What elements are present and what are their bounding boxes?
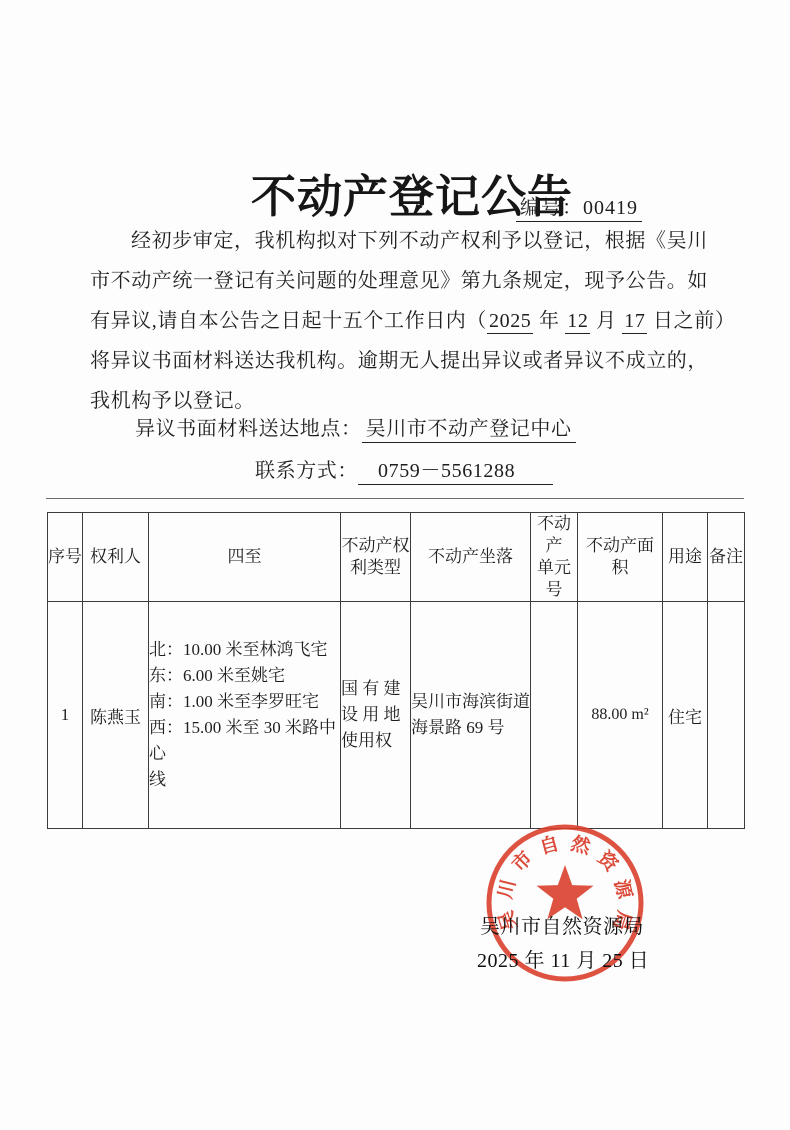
cell-right-type: 国 有 建 设 用 地 使用权 [341, 602, 411, 829]
header-location: 不动产坐落 [411, 513, 531, 602]
delivery-address-line: 异议书面材料送达地点：吴川市不动产登记中心 [135, 414, 576, 444]
doc-number-underline: 编号：00419 [516, 197, 642, 222]
header-unit-no: 不动产 单元号 [531, 513, 578, 602]
page-title: 不动产登记公告 [17, 160, 790, 225]
notice-text: 我机构予以登记。 [90, 390, 255, 412]
cell-area: 88.00 m² [578, 602, 663, 829]
cell-location: 吴川市海滨街道 海景路 69 号 [411, 602, 531, 829]
notice-line: 有异议,请自本公告之日起十五个工作日内（2025 年 12 月 17 日之前） [90, 301, 702, 341]
delivery-address-value: 吴川市不动产登记中心 [362, 418, 576, 443]
notice-line: 将异议书面材料送达我机构。逾期无人提出异议或者异议不成立的， [90, 341, 702, 381]
notice-text: 市不动产统一登记有关问题的处理意见》第九条规定，现予公告。如 [90, 270, 708, 292]
header-boundaries: 四至 [149, 513, 341, 602]
issue-date: 2025 年 11 月 25 日 [477, 944, 649, 973]
delivery-address-label: 异议书面材料送达地点： [135, 418, 362, 440]
notice-line: 市不动产统一登记有关问题的处理意见》第九条规定，现予公告。如 [90, 261, 702, 301]
notice-paragraph: 经初步审定，我机构拟对下列不动产权利予以登记，根据《吴川市不动产统一登记有关问题… [90, 221, 702, 421]
cell-seq: 1 [48, 602, 83, 829]
table-top-rule [46, 498, 744, 499]
notice-text: 将异议书面材料送达我机构。逾期无人提出异议或者异议不成立的， [90, 350, 708, 372]
authority-name: 吴川市自然资源局 [480, 910, 644, 939]
notice-text: 有异议,请自本公告之日起十五个工作日内（ [90, 310, 487, 332]
document-page: 不动产登记公告 编号：00419 经初步审定，我机构拟对下列不动产权利予以登记，… [0, 0, 790, 1130]
notice-text: 经初步审定，我机构拟对下列不动产权利予以登记，根据《吴川 [131, 230, 708, 252]
table-row: 1 陈燕玉 北：10.00 米至林鸿飞宅 东：6.00 米至姚宅 南：1.00 … [48, 602, 745, 829]
header-right-type: 不动产权 利类型 [341, 513, 411, 602]
doc-number-line: 编号：00419 [516, 191, 642, 220]
seal-arc-char: 源 [610, 877, 636, 902]
cell-unit-no [531, 602, 578, 829]
notice-text: 年 [533, 310, 565, 332]
doc-number-label: 编号： [520, 197, 583, 219]
notice-text: 月 [590, 310, 622, 332]
cell-usage: 住宅 [663, 602, 708, 829]
notice-line: 经初步审定，我机构拟对下列不动产权利予以登记，根据《吴川 [90, 221, 702, 261]
seal-arc-char: 然 [569, 832, 594, 859]
contact-line: 联系方式：0759－5561288 [255, 456, 553, 486]
header-holder: 权利人 [83, 513, 149, 602]
header-usage: 用途 [663, 513, 708, 602]
header-seq: 序号 [48, 513, 83, 602]
contact-value: 0759－5561288 [358, 460, 553, 485]
underlined-date-part: 17 [622, 310, 647, 334]
doc-number-value: 00419 [583, 197, 638, 219]
header-area: 不动产面积 [578, 513, 663, 602]
table-header-row: 序号 权利人 四至 不动产权 利类型 不动产坐落 不动产 单元号 不动产面积 用… [48, 513, 745, 602]
cell-remark [708, 602, 745, 829]
notice-text: 日之前） [647, 310, 735, 332]
underlined-date-part: 12 [565, 310, 590, 334]
cell-holder: 陈燕玉 [83, 602, 149, 829]
underlined-date-part: 2025 [487, 310, 533, 334]
registration-table: 序号 权利人 四至 不动产权 利类型 不动产坐落 不动产 单元号 不动产面积 用… [47, 512, 745, 829]
seal-arc-char: 自 [537, 832, 561, 859]
cell-boundaries: 北：10.00 米至林鸿飞宅 东：6.00 米至姚宅 南：1.00 米至李罗旺宅… [149, 602, 341, 829]
contact-label: 联系方式： [255, 460, 358, 482]
seal-arc-char: 川 [494, 877, 520, 901]
header-remark: 备注 [708, 513, 745, 602]
